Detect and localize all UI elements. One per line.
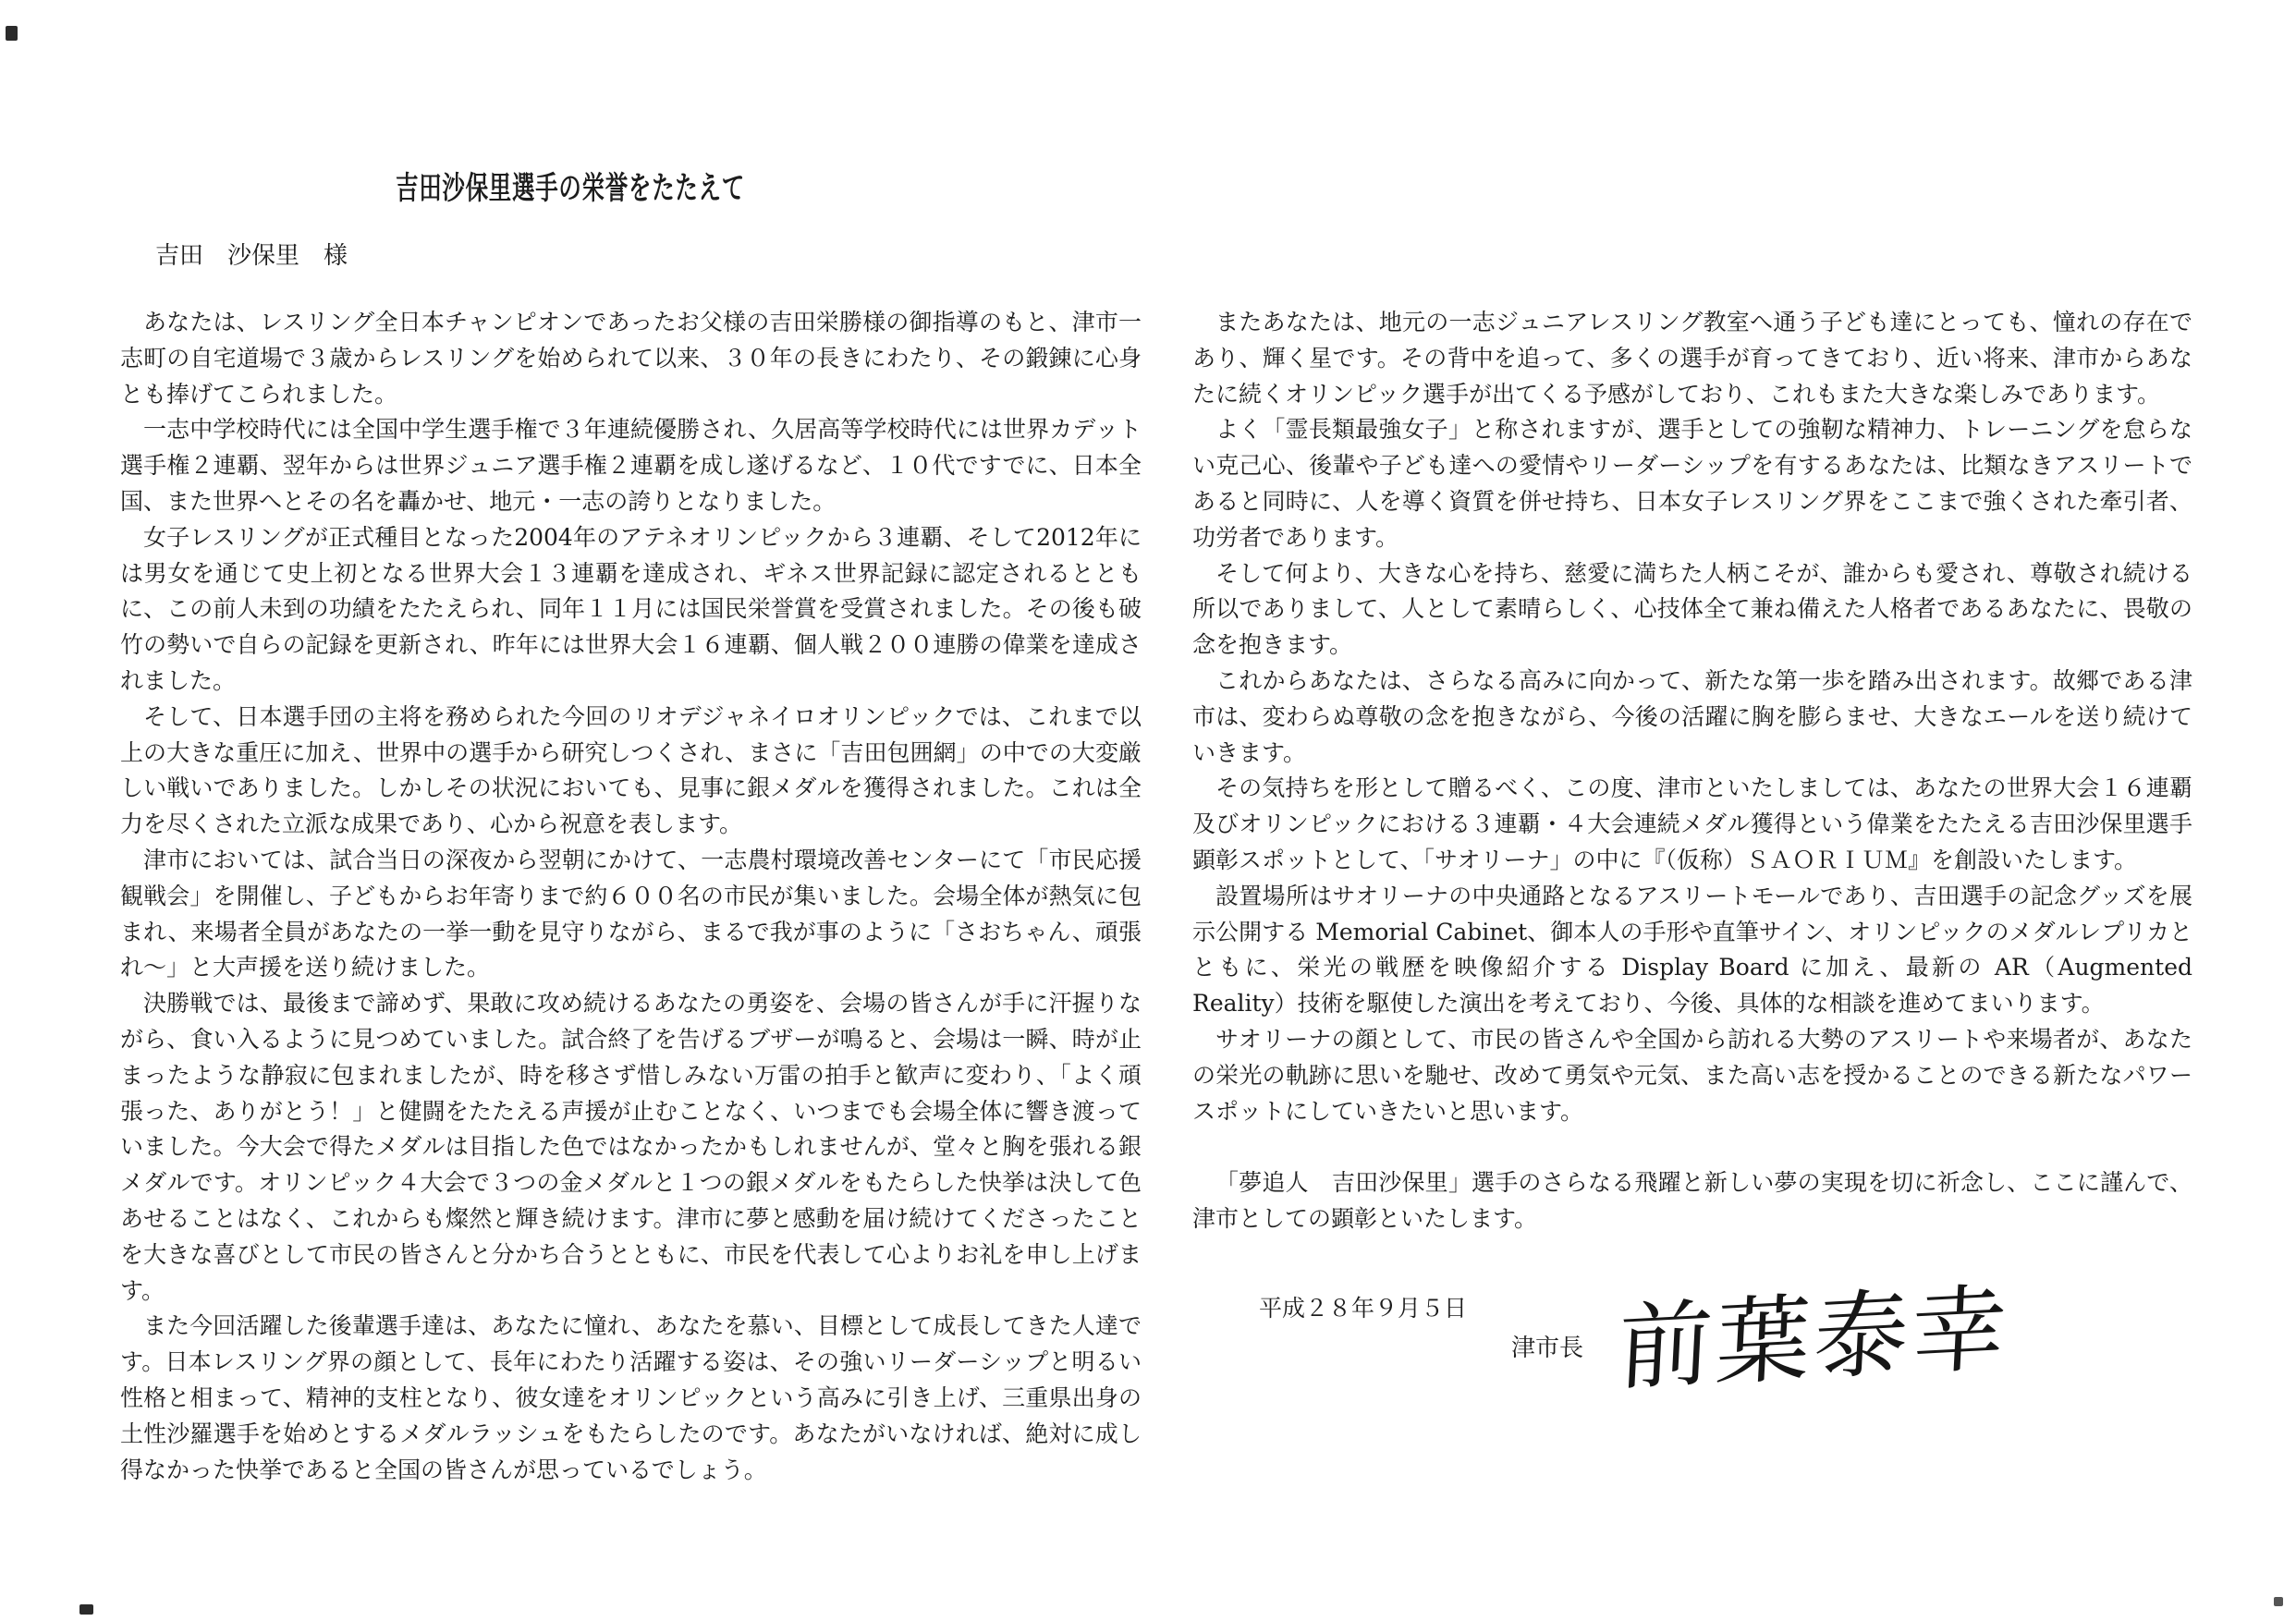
paragraph: また今回活躍した後輩選手達は、あなたに憧れ、あなたを慕い、目標として成長してきた…: [120, 1309, 1142, 1488]
scan-artifact: [6, 26, 18, 41]
paragraph: 決勝戦では、最後まで諦めず、果敢に攻め続けるあなたの勇姿を、会場の皆さんが手に汗…: [120, 986, 1142, 1309]
signer-title-label: 津市長: [1511, 1329, 1583, 1363]
paragraph: その気持ちを形として贈るべく、この度、津市といたしましては、あなたの世界大会１６…: [1192, 771, 2192, 878]
paragraph: そして何より、大きな心を持ち、慈愛に満ちた人柄こそが、誰からも愛され、尊敬され続…: [1192, 556, 2192, 664]
left-column: あなたは、レスリング全日本チャンピオンであったお父様の吉田栄勝様の御指導のもと、…: [120, 305, 1142, 1488]
paragraph: 女子レスリングが正式種目となった2004年のアテネオリンピックから３連覇、そして…: [120, 520, 1142, 700]
paragraph: またあなたは、地元の一志ジュニアレスリング教室へ通う子ども達にとっても、憧れの存…: [1192, 305, 2192, 412]
paragraph: そして、日本選手団の主将を務められた今回のリオデジャネイロオリンピックでは、これ…: [120, 700, 1142, 843]
date-line: 平成２８年９月５日: [1259, 1290, 1467, 1323]
paragraph: あなたは、レスリング全日本チャンピオンであったお父様の吉田栄勝様の御指導のもと、…: [120, 305, 1142, 412]
paragraph: 一志中学校時代には全国中学生選手権で３年連続優勝され、久居高等学校時代には世界カ…: [120, 412, 1142, 519]
recipient-line: 吉田 沙保里 様: [155, 237, 348, 271]
closing-paragraph: 「夢追人 吉田沙保里」選手のさらなる飛躍と新しい夢の実現を切に祈念し、ここに謹ん…: [1192, 1165, 2192, 1237]
paragraph: よく「霊長類最強女子」と称されますが、選手としての強靭な精神力、トレーニングを怠…: [1192, 412, 2192, 555]
blank-line: [1192, 1129, 2192, 1165]
scan-artifact: [2274, 1597, 2283, 1606]
paragraph: サオリーナの顔として、市民の皆さんや全国から訪れる大勢のアスリートや来場者が、あ…: [1192, 1022, 2192, 1129]
paragraph: これからあなたは、さらなる高みに向かって、新たな第一歩を踏み出されます。故郷であ…: [1192, 664, 2192, 771]
paragraph: 津市においては、試合当日の深夜から翌朝にかけて、一志農村環境改善センターにて「市…: [120, 843, 1142, 986]
letter-title: 吉田沙保里選手の栄誉をたたえて: [396, 163, 745, 208]
mayor-handwritten-signature: 前葉泰幸: [1615, 1253, 2013, 1409]
scan-artifact: [79, 1604, 93, 1615]
paragraph: 設置場所はサオリーナの中央通路となるアスリートモールであり、吉田選手の記念グッズ…: [1192, 879, 2192, 1022]
right-column: またあなたは、地元の一志ジュニアレスリング教室へ通う子ども達にとっても、憧れの存…: [1192, 305, 2192, 1237]
letter-page: 吉田沙保里選手の栄誉をたたえて 吉田 沙保里 様 あなたは、レスリング全日本チャ…: [0, 0, 2296, 1621]
